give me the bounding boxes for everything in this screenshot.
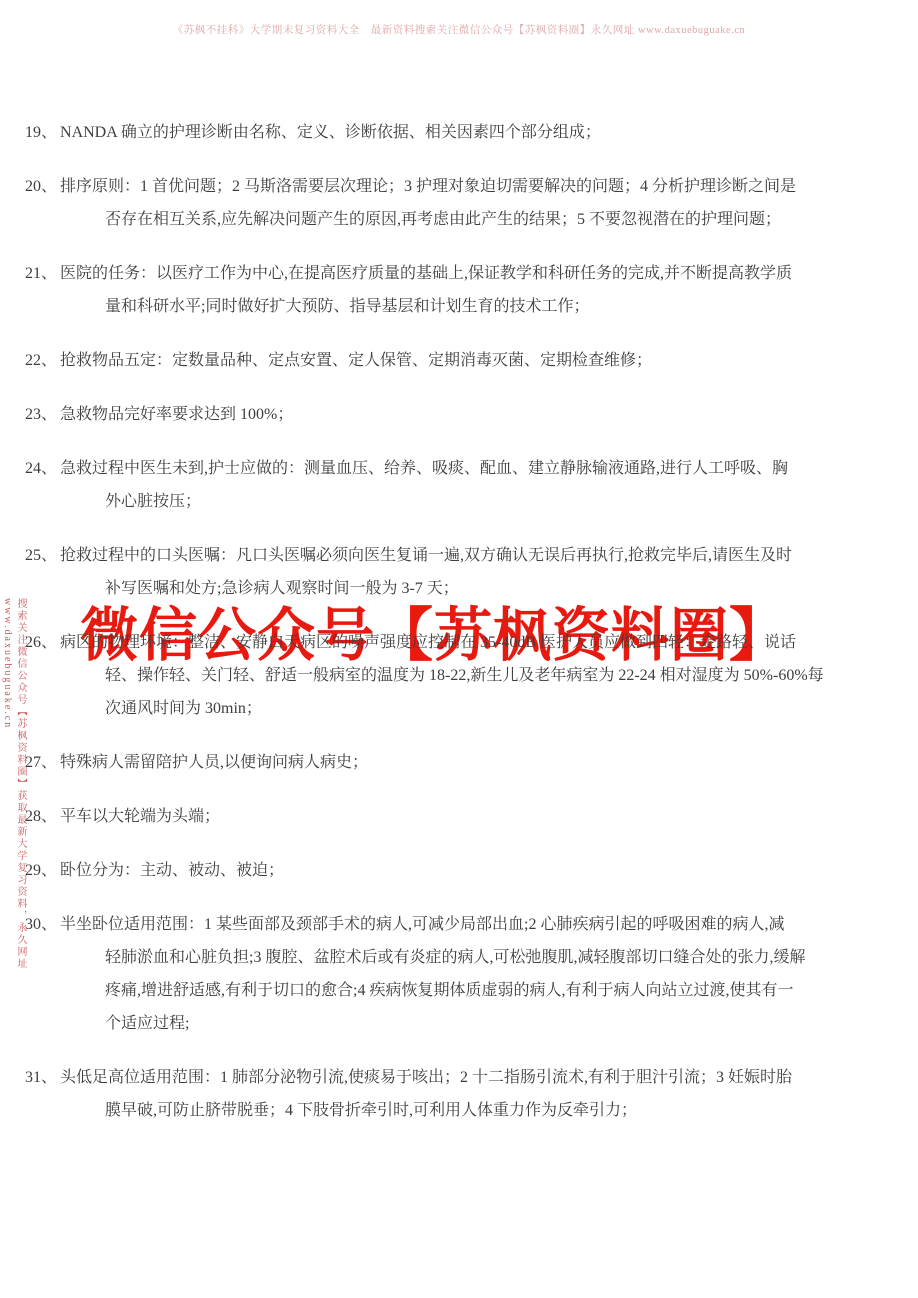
item-text: 排序原则：1 首优问题；2 马斯洛需要层次理论；3 护理对象迫切需要解决的问题；… — [60, 178, 796, 195]
item-line: 30、半坐卧位适用范围：1 某些面部及颈部手术的病人,可减少局部出血;2 心肺疾… — [25, 908, 908, 941]
item-text: 次通风时间为 30min； — [105, 700, 262, 717]
item-text: 抢救过程中的口头医嘱：凡口头医嘱必须向医生复诵一遍,双方确认无误后再执行,抢救完… — [60, 547, 792, 564]
list-item: 23、急救物品完好率要求达到 100%； — [25, 398, 908, 431]
item-line: 22、抢救物品五定：定数量品种、定点安置、定人保管、定期消毒灭菌、定期检查维修； — [25, 344, 908, 377]
item-line: 20、排序原则：1 首优问题；2 马斯洛需要层次理论；3 护理对象迫切需要解决的… — [25, 170, 908, 203]
item-line: 个适应过程; — [25, 1007, 908, 1040]
item-number: 26、 — [25, 634, 57, 651]
item-text: 个适应过程; — [105, 1015, 189, 1032]
item-line: 21、医院的任务：以医疗工作为中心,在提高医疗质量的基础上,保证教学和科研任务的… — [25, 257, 908, 290]
item-text: 轻肺淤血和心脏负担;3 腹腔、盆腔术后或有炎症的病人,可松弛腹肌,减轻腹部切口缝… — [105, 949, 805, 966]
item-number: 22、 — [25, 352, 57, 369]
list-item: 29、卧位分为：主动、被动、被迫； — [25, 854, 908, 887]
item-text: 疼痛,增进舒适感,有利于切口的愈合;4 疾病恢复期体质虚弱的病人,有利于病人向站… — [105, 982, 793, 999]
item-line: 轻、操作轻、关门轻、舒适一般病室的温度为 18-22,新生儿及老年病室为 22-… — [25, 659, 908, 692]
item-line: 补写医嘱和处方;急诊病人观察时间一般为 3-7 天； — [25, 572, 908, 605]
item-line: 25、抢救过程中的口头医嘱：凡口头医嘱必须向医生复诵一遍,双方确认无误后再执行,… — [25, 539, 908, 572]
item-line: 19、NANDA 确立的护理诊断由名称、定义、诊断依据、相关因素四个部分组成； — [25, 116, 908, 149]
item-text: 补写医嘱和处方;急诊病人观察时间一般为 3-7 天； — [105, 580, 459, 597]
item-line: 次通风时间为 30min； — [25, 692, 908, 725]
item-number: 19、 — [25, 124, 57, 141]
item-line: 外心脏按压； — [25, 485, 908, 518]
item-text: 头低足高位适用范围：1 肺部分泌物引流,使痰易于咳出；2 十二指肠引流术,有利于… — [60, 1069, 792, 1086]
list-item: 24、急救过程中医生未到,护士应做的：测量血压、给养、吸痰、配血、建立静脉输液通… — [25, 452, 908, 518]
item-number: 31、 — [25, 1069, 57, 1086]
item-line: 29、卧位分为：主动、被动、被迫； — [25, 854, 908, 887]
item-text: 抢救物品五定：定数量品种、定点安置、定人保管、定期消毒灭菌、定期检查维修； — [60, 352, 652, 369]
item-line: 23、急救物品完好率要求达到 100%； — [25, 398, 908, 431]
item-number: 24、 — [25, 460, 57, 477]
item-line: 27、特殊病人需留陪护人员,以便询问病人病史； — [25, 746, 908, 779]
list-item: 30、半坐卧位适用范围：1 某些面部及颈部手术的病人,可减少局部出血;2 心肺疾… — [25, 908, 908, 1040]
item-number: 20、 — [25, 178, 57, 195]
list-item: 22、抢救物品五定：定数量品种、定点安置、定人保管、定期消毒灭菌、定期检查维修； — [25, 344, 908, 377]
item-line: 轻肺淤血和心脏负担;3 腹腔、盆腔术后或有炎症的病人,可松弛腹肌,减轻腹部切口缝… — [25, 941, 908, 974]
notes-list: 19、NANDA 确立的护理诊断由名称、定义、诊断依据、相关因素四个部分组成；2… — [25, 116, 908, 1148]
list-item: 21、医院的任务：以医疗工作为中心,在提高医疗质量的基础上,保证教学和科研任务的… — [25, 257, 908, 323]
item-number: 29、 — [25, 862, 57, 879]
list-item: 31、头低足高位适用范围：1 肺部分泌物引流,使痰易于咳出；2 十二指肠引流术,… — [25, 1061, 908, 1127]
item-number: 30、 — [25, 916, 57, 933]
header-watermark-text: 《苏枫不挂科》大学期末复习资料大全 最新资料搜索关注微信公众号【苏枫资料圈】永久… — [0, 22, 918, 37]
item-text: 病区的物理环境：整洁、安静白天病区的噪声强度应控制在 35-40dB 医护人员应… — [60, 634, 796, 651]
item-number: 28、 — [25, 808, 57, 825]
list-item: 27、特殊病人需留陪护人员,以便询问病人病史； — [25, 746, 908, 779]
item-text: 外心脏按压； — [105, 493, 201, 510]
item-text: 医院的任务：以医疗工作为中心,在提高医疗质量的基础上,保证教学和科研任务的完成,… — [60, 265, 792, 282]
item-text: 平车以大轮端为头端； — [60, 808, 220, 825]
item-line: 24、急救过程中医生未到,护士应做的：测量血压、给养、吸痰、配血、建立静脉输液通… — [25, 452, 908, 485]
item-line: 31、头低足高位适用范围：1 肺部分泌物引流,使痰易于咳出；2 十二指肠引流术,… — [25, 1061, 908, 1094]
item-line: 量和科研水平;同时做好扩大预防、指导基层和计划生育的技术工作； — [25, 290, 908, 323]
item-text: NANDA 确立的护理诊断由名称、定义、诊断依据、相关因素四个部分组成； — [60, 124, 601, 141]
list-item: 19、NANDA 确立的护理诊断由名称、定义、诊断依据、相关因素四个部分组成； — [25, 116, 908, 149]
item-text: 卧位分为：主动、被动、被迫； — [60, 862, 284, 879]
document-page: 《苏枫不挂科》大学期末复习资料大全 最新资料搜索关注微信公众号【苏枫资料圈】永久… — [0, 0, 918, 1298]
item-line: 疼痛,增进舒适感,有利于切口的愈合;4 疾病恢复期体质虚弱的病人,有利于病人向站… — [25, 974, 908, 1007]
item-line: 28、平车以大轮端为头端； — [25, 800, 908, 833]
item-number: 27、 — [25, 754, 57, 771]
item-line: 否存在相互关系,应先解决问题产生的原因,再考虑由此产生的结果；5 不要忽视潜在的… — [25, 203, 908, 236]
item-text: 否存在相互关系,应先解决问题产生的原因,再考虑由此产生的结果；5 不要忽视潜在的… — [105, 211, 781, 228]
item-text: 轻、操作轻、关门轻、舒适一般病室的温度为 18-22,新生儿及老年病室为 22-… — [105, 667, 824, 684]
item-line: 26、病区的物理环境：整洁、安静白天病区的噪声强度应控制在 35-40dB 医护… — [25, 626, 908, 659]
item-number: 25、 — [25, 547, 57, 564]
item-number: 21、 — [25, 265, 57, 282]
list-item: 26、病区的物理环境：整洁、安静白天病区的噪声强度应控制在 35-40dB 医护… — [25, 626, 908, 725]
item-text: 急救过程中医生未到,护士应做的：测量血压、给养、吸痰、配血、建立静脉输液通路,进… — [60, 460, 788, 477]
list-item: 28、平车以大轮端为头端； — [25, 800, 908, 833]
item-line: 膜早破,可防止脐带脱垂；4 下肢骨折牵引时,可利用人体重力作为反牵引力； — [25, 1094, 908, 1127]
item-text: 量和科研水平;同时做好扩大预防、指导基层和计划生育的技术工作； — [105, 298, 589, 315]
item-text: 膜早破,可防止脐带脱垂；4 下肢骨折牵引时,可利用人体重力作为反牵引力； — [105, 1102, 637, 1119]
item-text: 急救物品完好率要求达到 100%； — [60, 406, 293, 423]
list-item: 20、排序原则：1 首优问题；2 马斯洛需要层次理论；3 护理对象迫切需要解决的… — [25, 170, 908, 236]
item-number: 23、 — [25, 406, 57, 423]
list-item: 25、抢救过程中的口头医嘱：凡口头医嘱必须向医生复诵一遍,双方确认无误后再执行,… — [25, 539, 908, 605]
item-text: 特殊病人需留陪护人员,以便询问病人病史； — [60, 754, 368, 771]
item-text: 半坐卧位适用范围：1 某些面部及颈部手术的病人,可减少局部出血;2 心肺疾病引起… — [60, 916, 784, 933]
